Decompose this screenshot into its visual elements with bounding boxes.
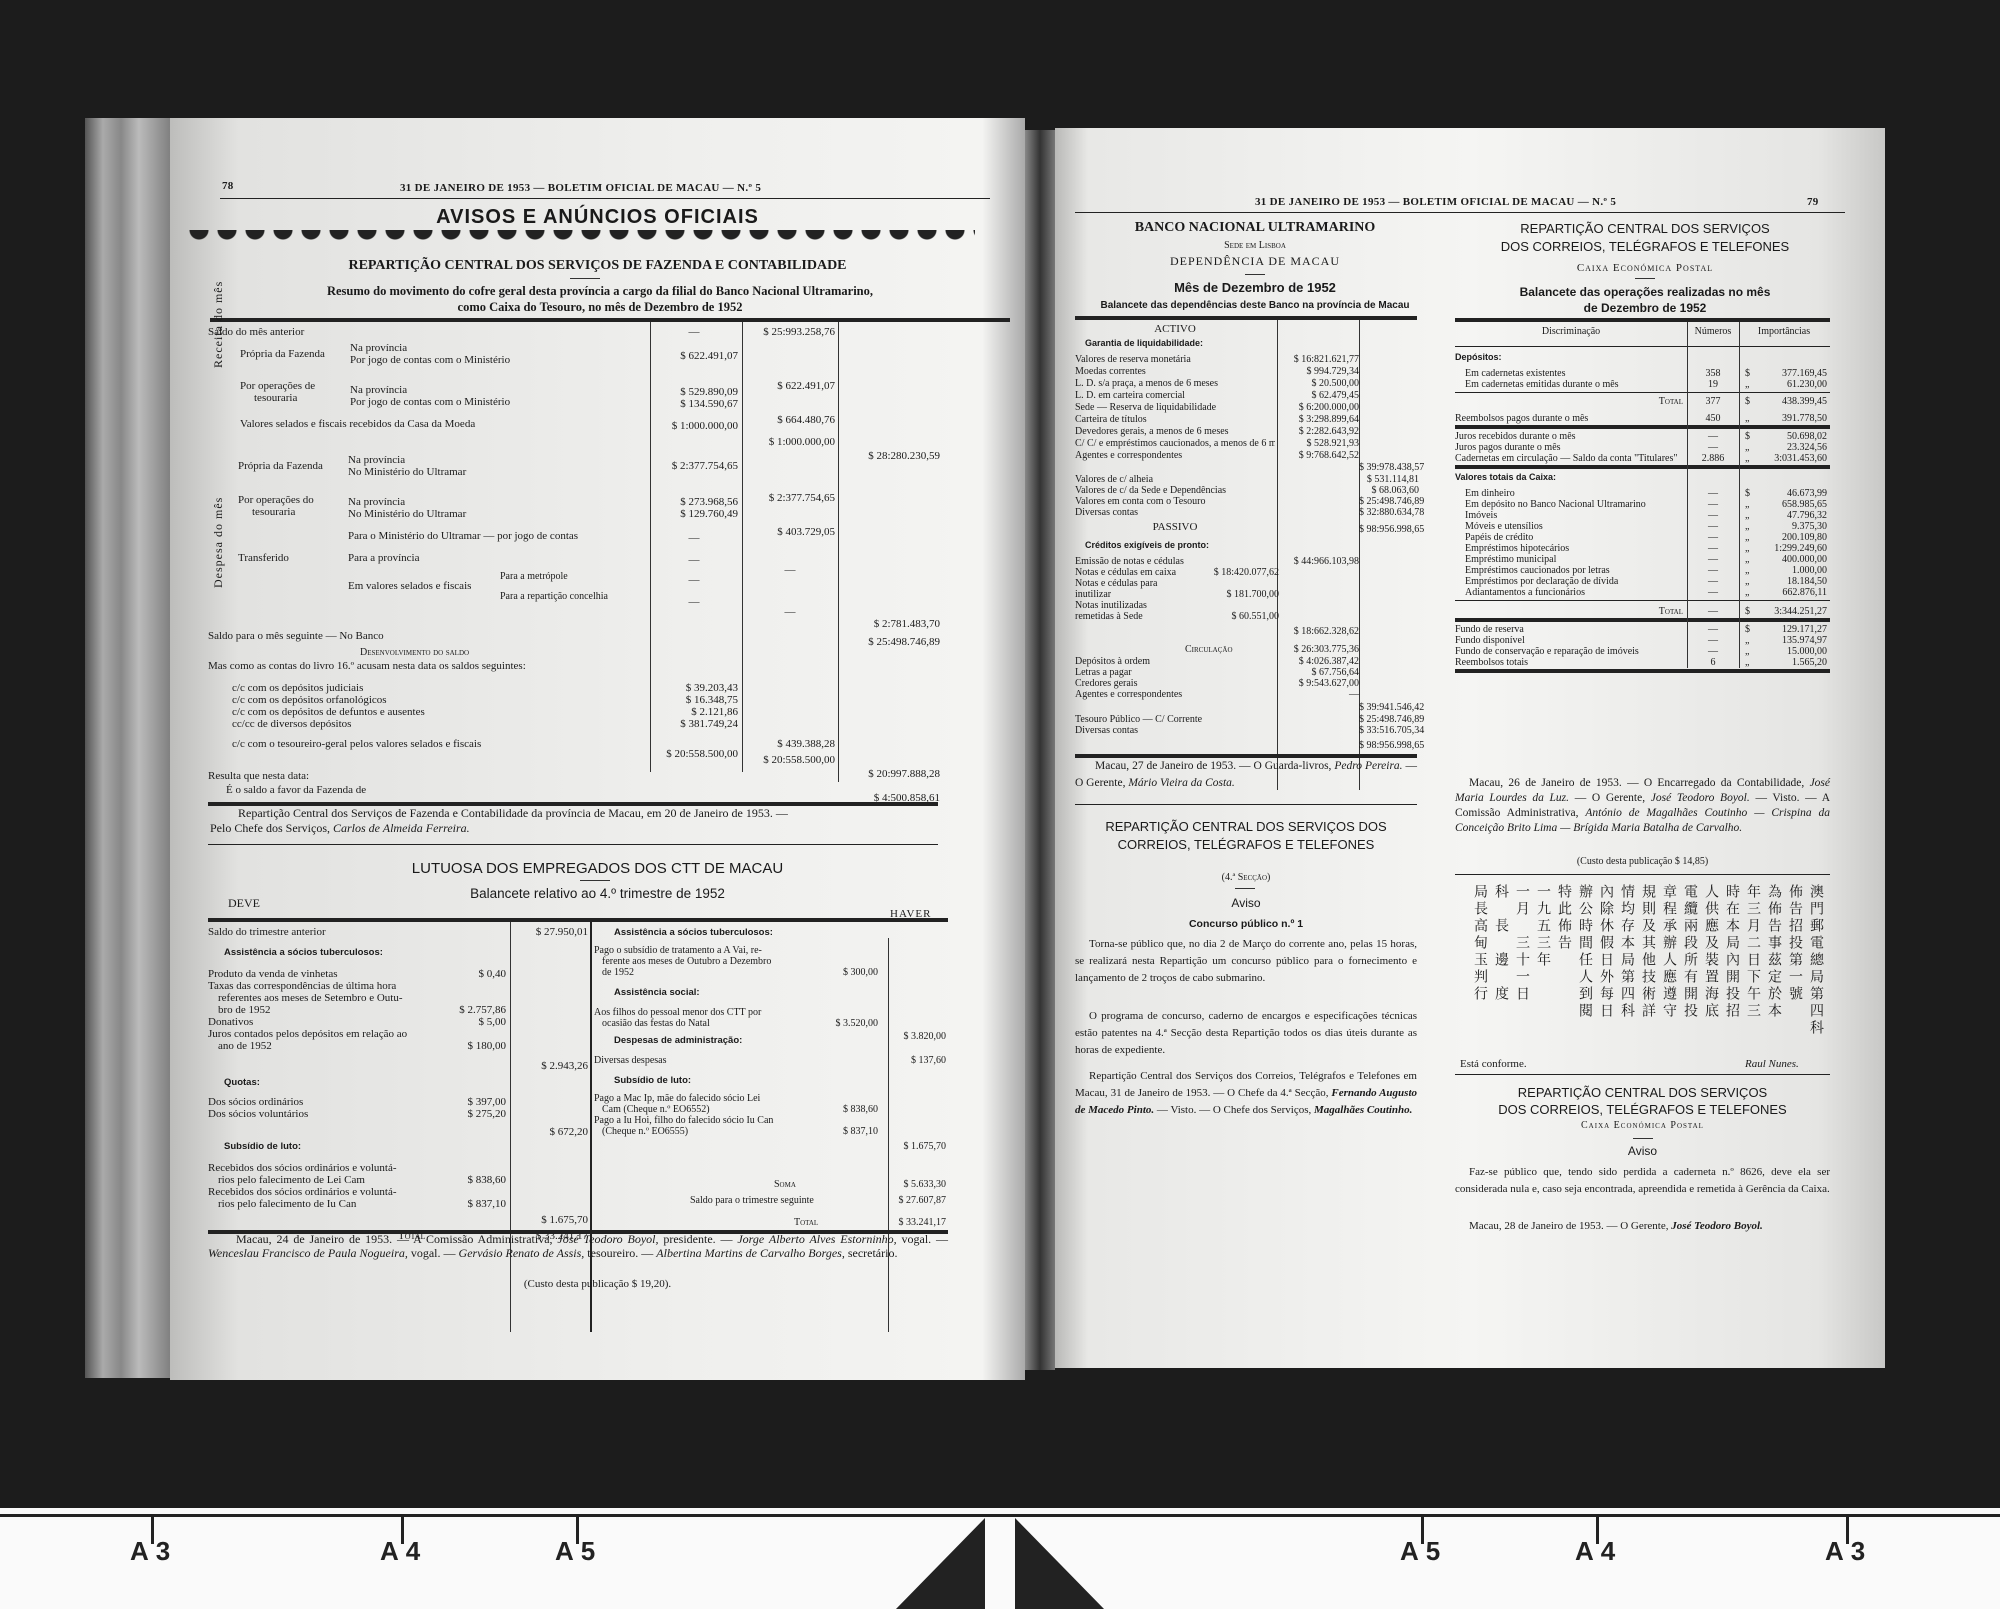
caixa-aviso-heading: Aviso — [1455, 1144, 1830, 1158]
chinese-column: 澳門郵電總局第四科 — [1806, 884, 1826, 1037]
caixa-row-label: Imóveis — [1465, 510, 1683, 521]
bnu-activo-other-row: Valores de c/ da Sede e Dependências — [1075, 485, 1275, 496]
desenvolvimento-value: $ 381.749,24 — [650, 718, 738, 730]
caixa-row-num: 2.886 — [1687, 453, 1739, 464]
caixa-row-num: — — [1687, 606, 1739, 617]
bnu-passivo-row: Credores gerais — [1075, 678, 1137, 689]
aviso-heading: Aviso — [1075, 896, 1417, 910]
bnu-passivo-row: Depósitos à ordem — [1075, 656, 1150, 667]
receita-total: $ 28:280.230,59 — [840, 450, 940, 463]
scan-calibration-strip: A3A4A5A5A4A3 — [0, 1508, 2000, 1609]
scan-marker: A3 — [1825, 1514, 1865, 1567]
concurso-heading: Concurso público n.º 1 — [1075, 918, 1417, 930]
caixa-row-num: 19 — [1687, 379, 1739, 390]
chinese-column: 年三月二日下午三 — [1743, 884, 1763, 1020]
ctt-aviso-title: REPARTIÇÃO CENTRAL DOS SERVIÇOS DOS CORR… — [1075, 818, 1417, 854]
caixa-row-label: Em cadernetas existentes — [1465, 368, 1683, 379]
bnu-activo-row: C/ C/ e empréstimos caucionados, a menos… — [1075, 438, 1275, 449]
caixa-row-value: 46.673,99 — [1755, 488, 1827, 499]
caixa-row-value: 15.000,00 — [1755, 646, 1827, 657]
caixa-signature: Macau, 26 de Janeiro de 1953. — O Encarr… — [1455, 776, 1830, 836]
chinese-column: 時在本局內開投招 — [1722, 884, 1742, 1020]
chinese-column: 一九五三年 — [1533, 884, 1553, 969]
desenvolvimento-item: cc/cc de diversos depósitos — [232, 718, 351, 731]
despesa-total: $ 2:781.483,70 — [840, 618, 940, 631]
scan-marker: A5 — [1400, 1514, 1440, 1567]
caixa-row-label: Juros recebidos durante o mês — [1455, 431, 1683, 442]
lutuosa-signature: Macau, 24 de Janeiro de 1953. — A Comiss… — [208, 1232, 948, 1260]
bnu-activo-value: $ 528.921,93 — [1279, 438, 1359, 449]
caixa-row-value: 391.778,50 — [1755, 413, 1827, 424]
bnu-passivo-other-value: $ 25:498.746,89 — [1359, 714, 1419, 725]
bnu-activo-value: $ 16:821.621,77 — [1279, 354, 1359, 365]
caixa-row-label: Em depósito no Banco Nacional Ultramarin… — [1465, 499, 1683, 510]
bnu-signature: Macau, 27 de Janeiro de 1953. — O Guarda… — [1075, 758, 1417, 792]
caixa-row-num: — — [1687, 646, 1739, 657]
bnu-activo-row: Devedores gerais, a menos de 6 meses — [1075, 426, 1275, 437]
caixa-row-label: Cadernetas em circulação — Saldo da cont… — [1455, 453, 1683, 464]
chinese-notice: 澳門郵電總局第四科佈告招投第一號為佈告事茲定於本年三月二日下午三時在本局內開投招… — [1455, 880, 1830, 1055]
caixa-row-num: — — [1687, 499, 1739, 510]
caixa-row-label: Empréstimo municipal — [1465, 554, 1683, 565]
center-wedge-left — [895, 1518, 985, 1609]
bnu-activo-row: Carteira de títulos — [1075, 414, 1275, 425]
chinese-column: 一月 三十一日 — [1512, 884, 1532, 1003]
caixa-row-label: Papéis de crédito — [1465, 532, 1683, 543]
fazenda-signature: Repartição Central dos Serviços de Fazen… — [210, 806, 940, 836]
caixa-row-value: 1:299.249,60 — [1755, 543, 1827, 554]
caixa-row-value: 1.000,00 — [1755, 565, 1827, 576]
scan-marker: A5 — [555, 1514, 595, 1567]
lutuosa-subtitle: Balancete relativo ao 4.º trimestre de 1… — [170, 886, 1025, 901]
caixa-row-label: Fundo de conservação e reparação de imóv… — [1455, 646, 1683, 657]
caixa-row-value: 129.171,27 — [1755, 624, 1827, 635]
caixa-row-value: 61.230,00 — [1755, 379, 1827, 390]
running-head-right: 31 DE JANEIRO DE 1953 — BOLETIM OFICIAL … — [1255, 196, 1616, 208]
caixa-row-num: — — [1687, 635, 1739, 646]
left-page-content: REPARTIÇÃO CENTRAL DOS SERVIÇOS DE FAZEN… — [170, 118, 1025, 1380]
col-header: Números — [1687, 326, 1739, 337]
bnu-activo-other-value: $ 68.063,60 — [1359, 485, 1419, 496]
bnu-activo-value: $ 9:768.642,52 — [1279, 450, 1359, 461]
caixa-row-label: Adiantamentos a funcionários — [1465, 587, 1683, 598]
caixa-row-value: 50.698,02 — [1755, 431, 1827, 442]
bnu-activo-row: Moedas correntes — [1075, 366, 1275, 377]
caixa-balancete-title: Balancete das operações realizadas no mê… — [1450, 284, 1840, 316]
caixa-row-num: — — [1687, 554, 1739, 565]
caixa-row-num: — — [1687, 521, 1739, 532]
caixa-row-value: 23.324,56 — [1755, 442, 1827, 453]
caixa-row-value: 200.109,80 — [1755, 532, 1827, 543]
bnu-passivo-value: $ 67.756,64 — [1279, 667, 1359, 678]
caixa-row-num: 358 — [1687, 368, 1739, 379]
col-header: Discriminação — [1455, 326, 1687, 337]
bnu-passivo-total: $ 98:956.998,65 — [1359, 740, 1419, 751]
chinese-column: 內除休假日外每日 — [1596, 884, 1616, 1020]
bnu-activo-other-value: $ 25:498.746,89 — [1359, 496, 1419, 507]
caixa-row-num: 450 — [1687, 413, 1739, 424]
chinese-column: 人供應及裝置海底 — [1701, 884, 1721, 1020]
center-wedge-right — [1015, 1518, 1105, 1609]
bnu-passivo-row: Letras a pagar — [1075, 667, 1132, 678]
saldo-seguinte-label: Saldo para o mês seguinte — No Banco — [208, 630, 384, 643]
chinese-column: 科 長 邊 度 — [1491, 884, 1511, 1003]
caixa-row-num: — — [1687, 431, 1739, 442]
chinese-column: 為佈告事茲定於本 — [1764, 884, 1784, 1020]
caixa-row-value: 400.000,00 — [1755, 554, 1827, 565]
caixa-aviso-title: REPARTIÇÃO CENTRAL DOS SERVIÇOS DOS CORR… — [1455, 1084, 1830, 1118]
chinese-column: 辦公時間任人到閱 — [1575, 884, 1595, 1020]
caixa-row-num: — — [1687, 587, 1739, 598]
haver-total: $ 33.241,17 — [890, 1216, 946, 1229]
caixa-aviso-signature: Macau, 28 de Janeiro de 1953. — O Gerent… — [1455, 1218, 1830, 1235]
desenvolvimento-heading: Desenvolvimento do saldo — [360, 646, 469, 659]
bnu-activo-row: Agentes e correspondentes — [1075, 450, 1275, 461]
bnu-passivo-value: $ 4:026.387,42 — [1279, 656, 1359, 667]
caixa-row-value: 3:344.251,27 — [1755, 606, 1827, 617]
page-number-right: 79 — [1807, 196, 1819, 208]
caixa-row-label: Total — [1455, 396, 1683, 407]
caixa-row-label: Reembolsos pagos durante o mês — [1455, 413, 1683, 424]
caixa-row-label: Móveis e utensílios — [1465, 521, 1683, 532]
desenvolvimento-value: $ 2.121,86 — [650, 706, 738, 718]
caixa-row-label: Em dinheiro — [1465, 488, 1683, 499]
deve-label: DEVE — [228, 896, 260, 911]
bnu-activo-row: Valores de reserva monetária — [1075, 354, 1275, 365]
chinese-column: 規則及其他技術詳 — [1638, 884, 1658, 1020]
caixa-row-num: 6 — [1687, 657, 1739, 668]
caixa-row-label: Empréstimos caucionados por letras — [1465, 565, 1683, 576]
caixa-row-num: — — [1687, 565, 1739, 576]
caixa-row-label: Reembolsos totais — [1455, 657, 1683, 668]
caixa-row-value: 18.184,50 — [1755, 576, 1827, 587]
chinese-column: 特此佈告 — [1554, 884, 1574, 952]
bnu-activo-other-row: Diversas contas — [1075, 507, 1275, 518]
bnu-passivo-row: Agentes e correspondentes — [1075, 689, 1182, 700]
caixa-row-num: — — [1687, 488, 1739, 499]
saldo-anterior-value: $ 25:993.258,76 — [745, 326, 835, 339]
right-page: 31 DE JANEIRO DE 1953 — BOLETIM OFICIAL … — [1055, 128, 1885, 1368]
bnu-activo-other-value: $ 531.114,81 — [1359, 474, 1419, 485]
caixa-row-value: 438.399,45 — [1755, 396, 1827, 407]
ctt-aviso-signature: Repartição Central dos Serviços dos Corr… — [1075, 1068, 1417, 1119]
despesa-side-label: Despesa do mês — [212, 497, 225, 588]
bnu-activo-value: $ 62.479,45 — [1279, 390, 1359, 401]
caixa-row-value: 662.876,11 — [1755, 587, 1827, 598]
saldo-seguinte-value: $ 25:498.746,89 — [840, 636, 940, 649]
bnu-activo-value: $ 2:282.643,92 — [1279, 426, 1359, 437]
caixa-row-value: 47.796,32 — [1755, 510, 1827, 521]
bnu-activo-value: $ 20.500,00 — [1279, 378, 1359, 389]
scan-marker: A4 — [1575, 1514, 1615, 1567]
caixa-row-label: Total — [1455, 606, 1683, 617]
lutuosa-cost: (Custo desta publicação $ 19,20). — [170, 1278, 1025, 1290]
chinese-column: 情均存本局第四科 — [1617, 884, 1637, 1020]
caixa-row-value: 1.565,20 — [1755, 657, 1827, 668]
bnu-passivo-value: — — [1279, 689, 1359, 700]
caixa-row-num: — — [1687, 442, 1739, 453]
bnu-passivo-other-row: Tesouro Público — C/ Corrente — [1075, 714, 1202, 725]
caixa-row-value: 9.375,30 — [1755, 521, 1827, 532]
caixa-row-label: Juros pagos durante o mês — [1455, 442, 1683, 453]
bnu-activo-other-row: Valores de c/ alheia — [1075, 474, 1275, 485]
chinese-column: 佈告招投第一號 — [1785, 884, 1805, 1003]
receita-side-label: Receita do mês — [212, 281, 225, 368]
bnu-activo-total: $ 98:956.998,65 — [1359, 524, 1419, 535]
caixa-row-num: — — [1687, 624, 1739, 635]
caixa-row-value: 377.169,45 — [1755, 368, 1827, 379]
bnu-passivo-value: $ 9:543.627,00 — [1279, 678, 1359, 689]
bnu-activo-row: Sede — Reserva de liquidabilidade — [1075, 402, 1275, 413]
bnu-activo-row: L. D. s/a praça, a menos de 6 meses — [1075, 378, 1275, 389]
caixa-row-label: Empréstimos hipotecários — [1465, 543, 1683, 554]
caixa-row-num: — — [1687, 576, 1739, 587]
bnu-activo-other-value: $ 32:880.634,78 — [1359, 507, 1419, 518]
bnu-passivo-other-value: $ 33:516.705,34 — [1359, 725, 1419, 736]
caixa-row-value: 658.985,65 — [1755, 499, 1827, 510]
bnu-activo-other-row: Valores em conta com o Tesouro — [1075, 496, 1275, 507]
col-header: Importâncias — [1739, 326, 1829, 337]
caixa-row-label: Fundo de reserva — [1455, 624, 1683, 635]
desenvolvimento-value: $ 16.348,75 — [650, 694, 738, 706]
caixa-row-num: 377 — [1687, 396, 1739, 407]
chinese-column: 局長高甸玉判行 — [1470, 884, 1490, 1003]
caixa-row-num: — — [1687, 543, 1739, 554]
caixa-title: REPARTIÇÃO CENTRAL DOS SERVIÇOS DOS CORR… — [1450, 220, 1840, 256]
bnu-activo-row: L. D. em carteira comercial — [1075, 390, 1275, 401]
bnu-activo-value: $ 6:200.000,00 — [1279, 402, 1359, 413]
caixa-row-num: — — [1687, 532, 1739, 543]
caixa-row-value: 3:031.453,60 — [1755, 453, 1827, 464]
caixa-row-label: Fundo disponível — [1455, 635, 1683, 646]
caixa-row-value: 135.974,97 — [1755, 635, 1827, 646]
scan-marker: A4 — [380, 1514, 420, 1567]
bnu-activo-value: $ 994.729,34 — [1279, 366, 1359, 377]
bnu-month: Mês de Dezembro de 1952 — [1075, 280, 1435, 295]
bnu-title: BANCO NACIONAL ULTRAMARINO — [1075, 220, 1435, 236]
chinese-column: 章程承辦人應遵守 — [1659, 884, 1679, 1020]
book-edge — [85, 118, 175, 1378]
lutuosa-title: LUTUOSA DOS EMPREGADOS DOS CTT DE MACAU — [170, 860, 1025, 877]
caixa-row-num: — — [1687, 510, 1739, 521]
scan-marker: A3 — [130, 1514, 170, 1567]
caixa-row-label: Empréstimos por declaração de dívida — [1465, 576, 1683, 587]
book-gutter — [1025, 130, 1055, 1370]
bnu-passivo-other-row: Diversas contas — [1075, 725, 1138, 736]
desenvolvimento-value: $ 39.203,43 — [650, 682, 738, 694]
caixa-row-label: Em cadernetas emitidas durante o mês — [1465, 379, 1683, 390]
chinese-column: 電纜兩段所有開投 — [1680, 884, 1700, 1020]
bnu-activo-value: $ 3:298.899,64 — [1279, 414, 1359, 425]
bnu-dependencia: DEPENDÊNCIA DE MACAU — [1075, 254, 1435, 269]
